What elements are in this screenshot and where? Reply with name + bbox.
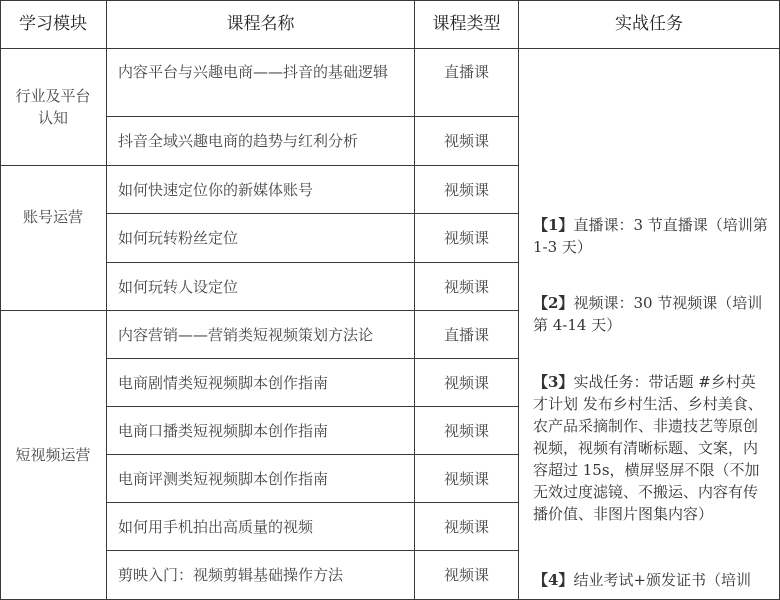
table-row-type: 视频课 — [415, 359, 519, 407]
module-label: 账号运营 — [23, 206, 83, 228]
table-row-type: 视频课 — [415, 166, 519, 214]
module-label: 行业及平台认知 — [11, 85, 95, 129]
table-row-course: 如何快速定位你的新媒体账号 — [107, 166, 415, 214]
table-row-type: 直播课 — [415, 49, 519, 117]
table-row-type: 视频课 — [415, 503, 519, 551]
task-item-3: 【3】实战任务：带话题 #乡村英才计划 发布乡村生活、乡村美食、农产品采摘制作、… — [533, 371, 770, 525]
task-item-4: 【4】结业考试+颁发证书（培训 — [533, 569, 778, 591]
table-row-course: 电商剧情类短视频脚本创作指南 — [107, 359, 415, 407]
table-row-type: 视频课 — [415, 263, 519, 311]
table-row-type: 视频课 — [415, 117, 519, 166]
module-cell-account: 账号运营 — [0, 166, 107, 311]
table-row-type: 视频课 — [415, 455, 519, 503]
table-row-course: 抖音全域兴趣电商的趋势与红利分析 — [107, 117, 415, 166]
table-row-course: 如何玩转粉丝定位 — [107, 214, 415, 263]
table-row-course: 内容平台与兴趣电商——抖音的基础逻辑 — [107, 49, 415, 117]
header-course-type: 课程类型 — [415, 0, 519, 49]
practical-tasks-cell: 【1】直播课：3 节直播课（培训第 1-3 天） 【2】视频课：30 节视频课（… — [519, 49, 780, 600]
table-row-course: 电商评测类短视频脚本创作指南 — [107, 455, 415, 503]
table-row-type: 直播课 — [415, 311, 519, 359]
header-course-name: 课程名称 — [107, 0, 415, 49]
table-row-course: 电商口播类短视频脚本创作指南 — [107, 407, 415, 455]
table-row-type: 视频课 — [415, 551, 519, 600]
module-label: 短视频运营 — [15, 444, 90, 466]
task-item-2: 【2】视频课：30 节视频课（培训第 4-14 天） — [533, 292, 770, 336]
table-row-course: 剪映入门：视频剪辑基础操作方法 — [107, 551, 415, 600]
table-row-course: 如何用手机拍出高质量的视频 — [107, 503, 415, 551]
table-row-course: 内容营销——营销类短视频策划方法论 — [107, 311, 415, 359]
module-cell-industry: 行业及平台认知 — [0, 49, 107, 166]
table-row-course: 如何玩转人设定位 — [107, 263, 415, 311]
table-row-type: 视频课 — [415, 407, 519, 455]
course-table: 学习模块 课程名称 课程类型 实战任务 行业及平台认知 账号运营 短视频运营 内… — [0, 0, 780, 600]
task-item-1: 【1】直播课：3 节直播课（培训第 1-3 天） — [533, 214, 770, 258]
table-row-type: 视频课 — [415, 214, 519, 263]
header-practical-tasks: 实战任务 — [519, 0, 780, 49]
module-cell-short-video: 短视频运营 — [0, 311, 107, 600]
header-module: 学习模块 — [0, 0, 107, 49]
